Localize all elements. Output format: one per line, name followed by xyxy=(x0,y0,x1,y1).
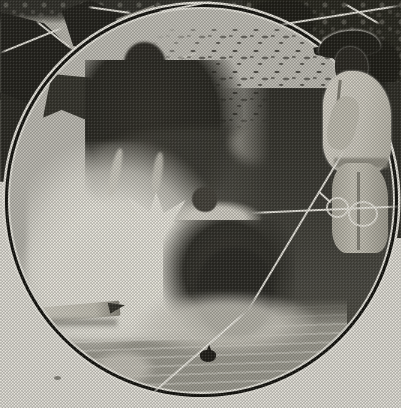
newspaper-photo xyxy=(0,0,401,408)
standing-man xyxy=(0,0,401,408)
trouser-crease xyxy=(357,172,360,250)
standing-man-trousers xyxy=(332,163,388,253)
